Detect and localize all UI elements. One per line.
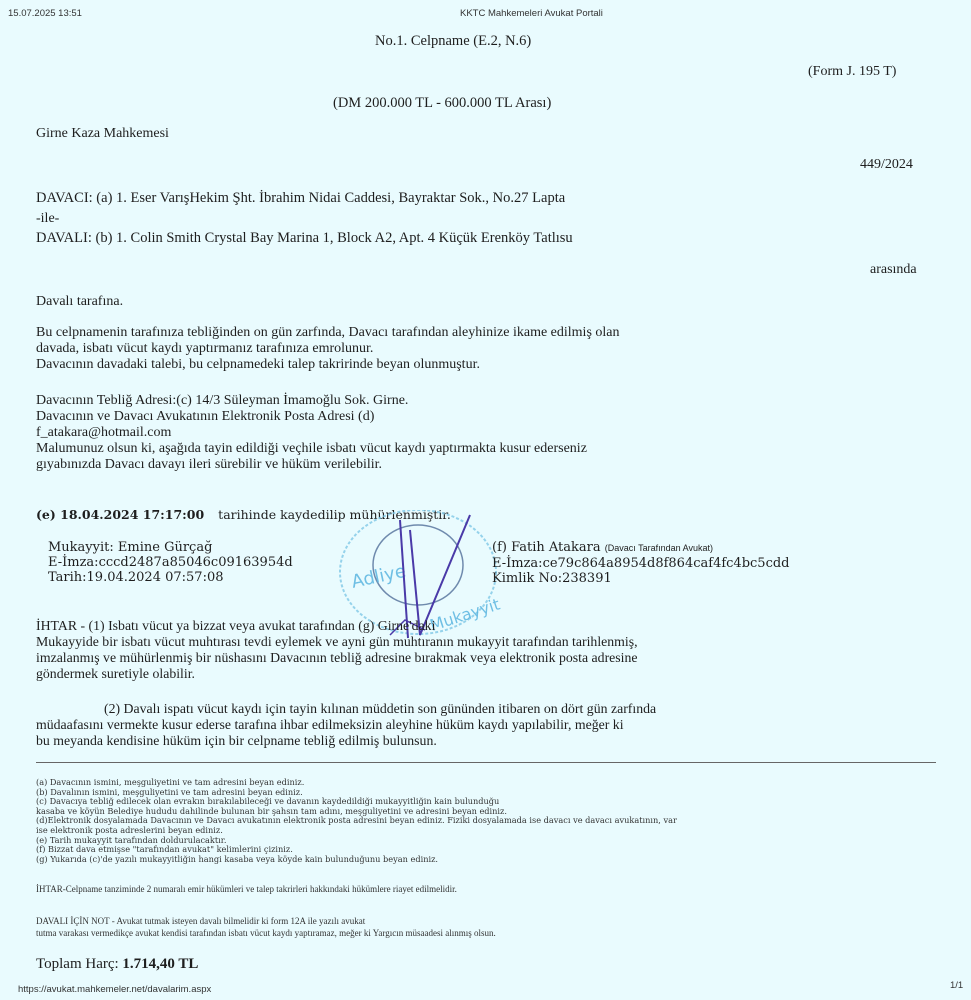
note-line: tutma varakası vermedikçe avukat kendisi… bbox=[36, 927, 496, 939]
svg-text:Adliye: Adliye bbox=[350, 561, 408, 593]
total-fee-value: 1.714,40 TL bbox=[122, 956, 198, 972]
registrar-date: Tarih:19.04.2024 07:57:08 bbox=[48, 570, 293, 585]
plaintiff-line: DAVACI: (a) 1. Eser VarışHekim Şht. İbra… bbox=[36, 190, 565, 207]
lawyer-role: (Davacı Tarafından Avukat) bbox=[605, 543, 713, 553]
address-line: Davacının Tebliğ Adresi:(c) 14/3 Süleyma… bbox=[36, 393, 587, 409]
warning-2: (2) Davalı ispatı vücut kaydı için tayin… bbox=[36, 701, 656, 749]
divider bbox=[36, 762, 936, 763]
note-line: DAVALI İÇİN NOT - Avukat tutmak isteyen … bbox=[36, 915, 496, 927]
portal-title: KKTC Mahkemeleri Avukat Portali bbox=[460, 8, 603, 19]
court-name: Girne Kaza Mahkemesi bbox=[36, 126, 169, 142]
registration-text: tarihinde kaydedilip mühürlenmiştir. bbox=[218, 507, 451, 522]
warning-line: İHTAR - (1) Isbatı vücut ya bizzat veya … bbox=[36, 618, 638, 634]
lawyer-name: (f) Fatih Atakara bbox=[492, 540, 601, 555]
registration-line: (e) 18.04.2024 17:17:00 tarihinde kayded… bbox=[36, 507, 451, 522]
total-fee: Toplam Harç: 1.714,40 TL bbox=[36, 956, 198, 973]
lawyer-signature: E-İmza:ce79c864a8954d8f864caf4fc4bc5cdd bbox=[492, 556, 790, 571]
registrar-signature: E-İmza:cccd2487a85046c09163954d bbox=[48, 555, 293, 570]
warning-note: İHTAR-Celpname tanziminde 2 numaralı emi… bbox=[36, 884, 457, 894]
addressee: Davalı tarafına. bbox=[36, 294, 123, 310]
address-block: Davacının Tebliğ Adresi:(c) 14/3 Süleyma… bbox=[36, 393, 587, 473]
defendant-line: DAVALI: (b) 1. Colin Smith Crystal Bay M… bbox=[36, 230, 573, 247]
registrar-block: Mukayyit: Emine Gürçağ E-İmza:cccd2487a8… bbox=[48, 540, 293, 585]
address-line: Davacının ve Davacı Avukatının Elektroni… bbox=[36, 409, 587, 425]
summons-body: Bu celpnamenin tarafınıza tebliğinden on… bbox=[36, 325, 620, 373]
registration-datetime: (e) 18.04.2024 17:17:00 bbox=[36, 507, 204, 522]
warning-line: (2) Davalı ispatı vücut kaydı için tayin… bbox=[36, 701, 656, 717]
page-number: 1/1 bbox=[950, 980, 963, 991]
warning-line: göndermek suretiyle olabilir. bbox=[36, 666, 638, 682]
body-line: davada, isbatı vücut kaydı yaptırmanız t… bbox=[36, 341, 620, 357]
registrar-name: Mukayyit: Emine Gürçağ bbox=[48, 540, 293, 555]
body-line: Bu celpnamenin tarafınıza tebliğinden on… bbox=[36, 325, 620, 341]
warning-line: Mukayyide bir isbatı vücut muhtırası tev… bbox=[36, 634, 638, 650]
print-datetime: 15.07.2025 13:51 bbox=[8, 8, 82, 19]
warning-line: müdaafasını vermekte kusur ederse tarafı… bbox=[36, 717, 656, 733]
case-number: 449/2024 bbox=[860, 157, 913, 173]
connector: -ile- bbox=[36, 211, 59, 227]
footnotes: (a) Davacının ismini, meşguliyetini ve t… bbox=[36, 778, 677, 864]
page-url: https://avukat.mahkemeler.net/davalarim.… bbox=[18, 984, 211, 995]
warning-line: imzalanmış ve mühürlenmiş bir nüshasını … bbox=[36, 650, 638, 666]
warning-1: İHTAR - (1) Isbatı vücut ya bizzat veya … bbox=[36, 618, 638, 682]
warning-line: bu meyanda kendisine hüküm için bir celp… bbox=[36, 733, 656, 749]
email-line: f_atakara@hotmail.com bbox=[36, 425, 587, 441]
lawyer-id-number: Kimlik No:238391 bbox=[492, 571, 790, 586]
notice-line: gıyabınızda Davacı davayı ileri sürebili… bbox=[36, 457, 587, 473]
document-title: No.1. Celpname (E.2, N.6) bbox=[375, 33, 531, 50]
value-range: (DM 200.000 TL - 600.000 TL Arası) bbox=[333, 95, 551, 112]
total-fee-label: Toplam Harç: bbox=[36, 956, 119, 972]
between-label: arasında bbox=[870, 262, 917, 278]
notice-line: Malumunuz olsun ki, aşağıda tayin edildi… bbox=[36, 441, 587, 457]
defendant-note: DAVALI İÇİN NOT - Avukat tutmak isteyen … bbox=[36, 915, 496, 939]
footnote: (g) Yukarıda (c)'de yazılı mukayyitliğin… bbox=[36, 855, 677, 865]
lawyer-block: (f) Fatih Atakara (Davacı Tarafından Avu… bbox=[492, 540, 790, 586]
body-line: Davacının davadaki talebi, bu celpnamede… bbox=[36, 357, 620, 373]
form-number: (Form J. 195 T) bbox=[808, 64, 896, 80]
